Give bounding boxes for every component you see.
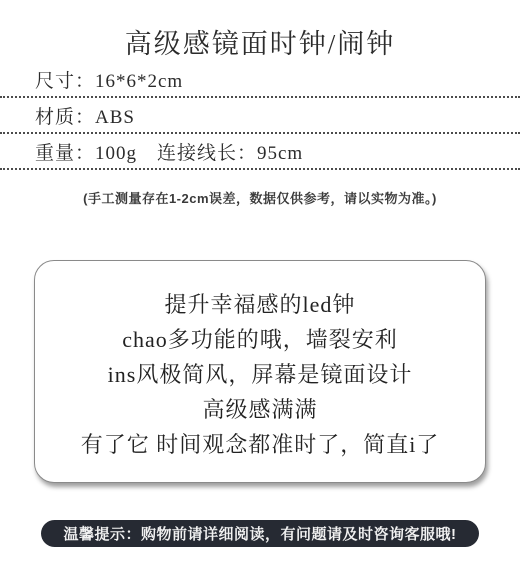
spec-row-size: 尺寸：16*6*2cm xyxy=(0,62,520,98)
feature-line: 高级感满满 xyxy=(43,392,477,427)
feature-line: ins风极简风，屏幕是镜面设计 xyxy=(43,357,477,392)
page-title: 高级感镜面时钟/闹钟 xyxy=(0,0,520,54)
feature-highlight-box: 提升幸福感的led钟 chao多功能的哦，墙裂安利 ins风极简风，屏幕是镜面设… xyxy=(34,260,486,483)
feature-line: 提升幸福感的led钟 xyxy=(43,287,477,322)
spec-row-size-text: 尺寸：16*6*2cm xyxy=(35,66,183,93)
spec-row-weight-cable-text: 重量：100g 连接线长：95cm xyxy=(35,138,303,165)
spec-row-material-text: 材质：ABS xyxy=(35,102,135,129)
spec-row-material: 材质：ABS xyxy=(0,98,520,134)
spec-row-weight-cable: 重量：100g 连接线长：95cm xyxy=(0,134,520,170)
spec-table: 尺寸：16*6*2cm 材质：ABS 重量：100g 连接线长：95cm xyxy=(0,62,520,170)
feature-line: chao多功能的哦，墙裂安利 xyxy=(43,322,477,357)
measurement-disclaimer-note: (手工测量存在1-2cm误差，数据仅供参考，请以实物为准。) xyxy=(0,188,520,204)
footer-tip-bar: 温馨提示：购物前请详细阅读，有问题请及时咨询客服哦! xyxy=(41,520,479,547)
feature-line: 有了它 时间观念都准时了，简直i了 xyxy=(43,427,477,462)
product-detail-page: 高级感镜面时钟/闹钟 尺寸：16*6*2cm 材质：ABS 重量：100g 连接… xyxy=(0,0,520,569)
